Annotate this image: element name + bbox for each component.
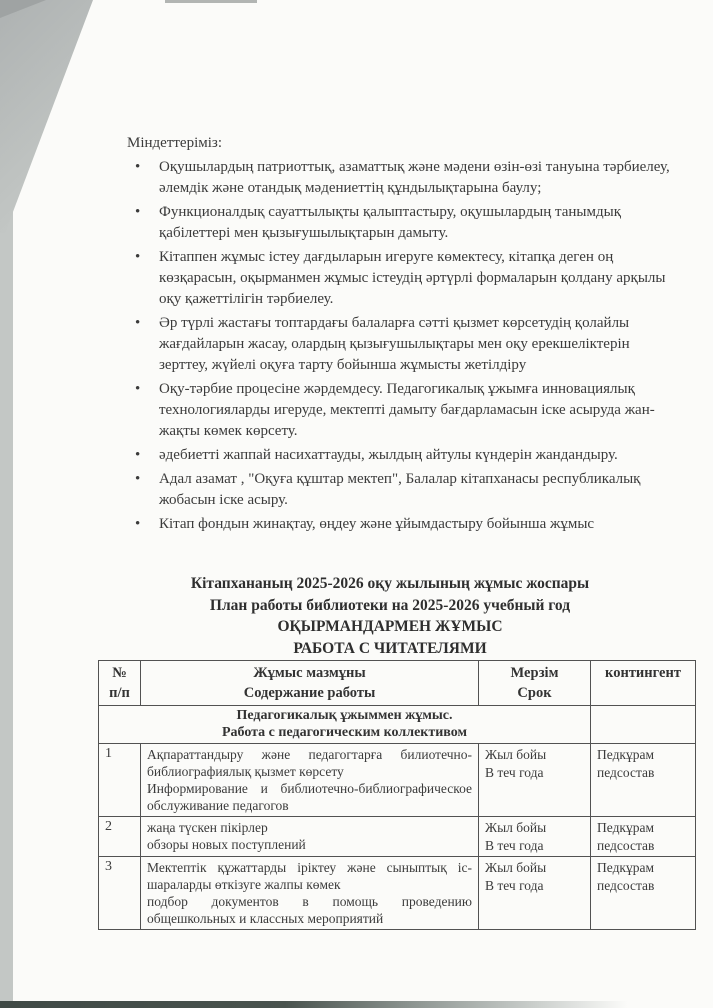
header-content: Жұмыс мазмұны Содержание работы (141, 661, 479, 706)
section-row: Педагогикалық ұжыммен жұмыс. Работа с пе… (99, 706, 696, 744)
work-plan-table: № п/п Жұмыс мазмұны Содержание работы Ме… (98, 660, 696, 930)
plan-title-ru: План работы библиотеки на 2025-2026 учеб… (88, 595, 692, 617)
row-contingent-ru: педсостав (597, 877, 689, 895)
row-contingent-ru: педсостав (597, 837, 689, 855)
section-title-cell: Педагогикалық ұжыммен жұмыс. Работа с пе… (99, 706, 591, 744)
row-content: жаңа түскен пікірлер обзоры новых поступ… (141, 817, 479, 857)
header-term-kk: Мерзім (485, 663, 584, 683)
row-contingent-kk: Педкұрам (597, 746, 689, 764)
section-title-kk: Педагогикалық ұжыммен жұмыс. (105, 708, 584, 725)
table-header-row: № п/п Жұмыс мазмұны Содержание работы Ме… (99, 661, 696, 706)
row-content-ru: Информирование и библиотечно-библиографи… (147, 780, 472, 814)
objective-item: Оқу-тәрбие процесіне жәрдемдесу. Педагог… (131, 379, 679, 442)
objective-item: әдебиетті жаппай насихаттауды, жылдың ай… (131, 445, 679, 466)
objective-item: Кітап фондын жинақтау, өңдеу және ұйымда… (131, 514, 679, 535)
row-content: Ақпараттандыру және педагогтарға билиоте… (141, 744, 479, 817)
header-number-line2: п/п (105, 683, 134, 703)
header-number-line1: № (105, 663, 134, 683)
objective-item: Адал азамат , "Оқуға құштар мектеп", Бал… (131, 469, 679, 511)
row-contingent: Педкұрам педсостав (591, 857, 696, 930)
readers-section-title-kk: ОҚЫРМАНДАРМЕН ЖҰМЫС (88, 616, 692, 638)
table-row: 1 Ақпараттандыру және педагогтарға билио… (99, 744, 696, 817)
section-empty-cell (591, 706, 696, 744)
work-plan-table-wrapper: № п/п Жұмыс мазмұны Содержание работы Ме… (98, 660, 695, 930)
row-term-ru: В теч года (485, 837, 584, 855)
scan-bottom-edge-artifact (0, 1001, 713, 1008)
row-content-kk: жаңа түскен пікірлер (147, 819, 472, 836)
section-title-ru: Работа с педагогическим коллективом (105, 725, 584, 742)
header-number: № п/п (99, 661, 141, 706)
row-number: 1 (99, 744, 141, 817)
row-number: 2 (99, 817, 141, 857)
header-content-kk: Жұмыс мазмұны (147, 663, 472, 683)
row-content: Мектептік құжаттарды іріктеу және сыныпт… (141, 857, 479, 930)
scan-top-edge-artifact (165, 0, 257, 3)
plan-title-kk: Кітапхананың 2025-2026 оқу жылының жұмыс… (88, 573, 692, 595)
objective-item: Әр түрлі жастағы топтардағы балаларға сә… (131, 313, 679, 376)
row-contingent-ru: педсостав (597, 764, 689, 782)
readers-section-title-ru: РАБОТА С ЧИТАТЕЛЯМИ (88, 638, 692, 660)
row-content-ru: подбор документов в помощь проведению об… (147, 893, 472, 927)
row-contingent: Педкұрам педсостав (591, 744, 696, 817)
objectives-heading: Міндеттеріміз: (127, 135, 222, 152)
objective-item: Кітаппен жұмыс істеу дағдыларын игеруге … (131, 247, 679, 310)
row-term: Жыл бойы В теч года (479, 817, 591, 857)
row-term-kk: Жыл бойы (485, 819, 584, 837)
row-content-kk: Мектептік құжаттарды іріктеу және сыныпт… (147, 859, 472, 893)
row-content-kk: Ақпараттандыру және педагогтарға билиоте… (147, 746, 472, 780)
objectives-list: Оқушылардың патриоттық, азаматтық және м… (131, 157, 679, 538)
header-content-ru: Содержание работы (147, 683, 472, 703)
row-term: Жыл бойы В теч года (479, 744, 591, 817)
plan-title-block: Кітапхананың 2025-2026 оқу жылының жұмыс… (88, 573, 692, 659)
header-term: Мерзім Срок (479, 661, 591, 706)
header-term-ru: Срок (485, 683, 584, 703)
row-term: Жыл бойы В теч года (479, 857, 591, 930)
header-contingent: контингент (591, 661, 696, 706)
row-contingent-kk: Педкұрам (597, 859, 689, 877)
row-term-kk: Жыл бойы (485, 746, 584, 764)
row-content-ru: обзоры новых поступлений (147, 836, 472, 853)
row-number: 3 (99, 857, 141, 930)
table-row: 2 жаңа түскен пікірлер обзоры новых пост… (99, 817, 696, 857)
row-contingent-kk: Педкұрам (597, 819, 689, 837)
row-contingent: Педкұрам педсостав (591, 817, 696, 857)
table-row: 3 Мектептік құжаттарды іріктеу және сыны… (99, 857, 696, 930)
row-term-ru: В теч года (485, 764, 584, 782)
objective-item: Функционалдық сауаттылықты қалыптастыру,… (131, 202, 679, 244)
row-term-ru: В теч года (485, 877, 584, 895)
objective-item: Оқушылардың патриоттық, азаматтық және м… (131, 157, 679, 199)
row-term-kk: Жыл бойы (485, 859, 584, 877)
scanned-page: Міндеттеріміз: Оқушылардың патриоттық, а… (0, 0, 713, 1008)
